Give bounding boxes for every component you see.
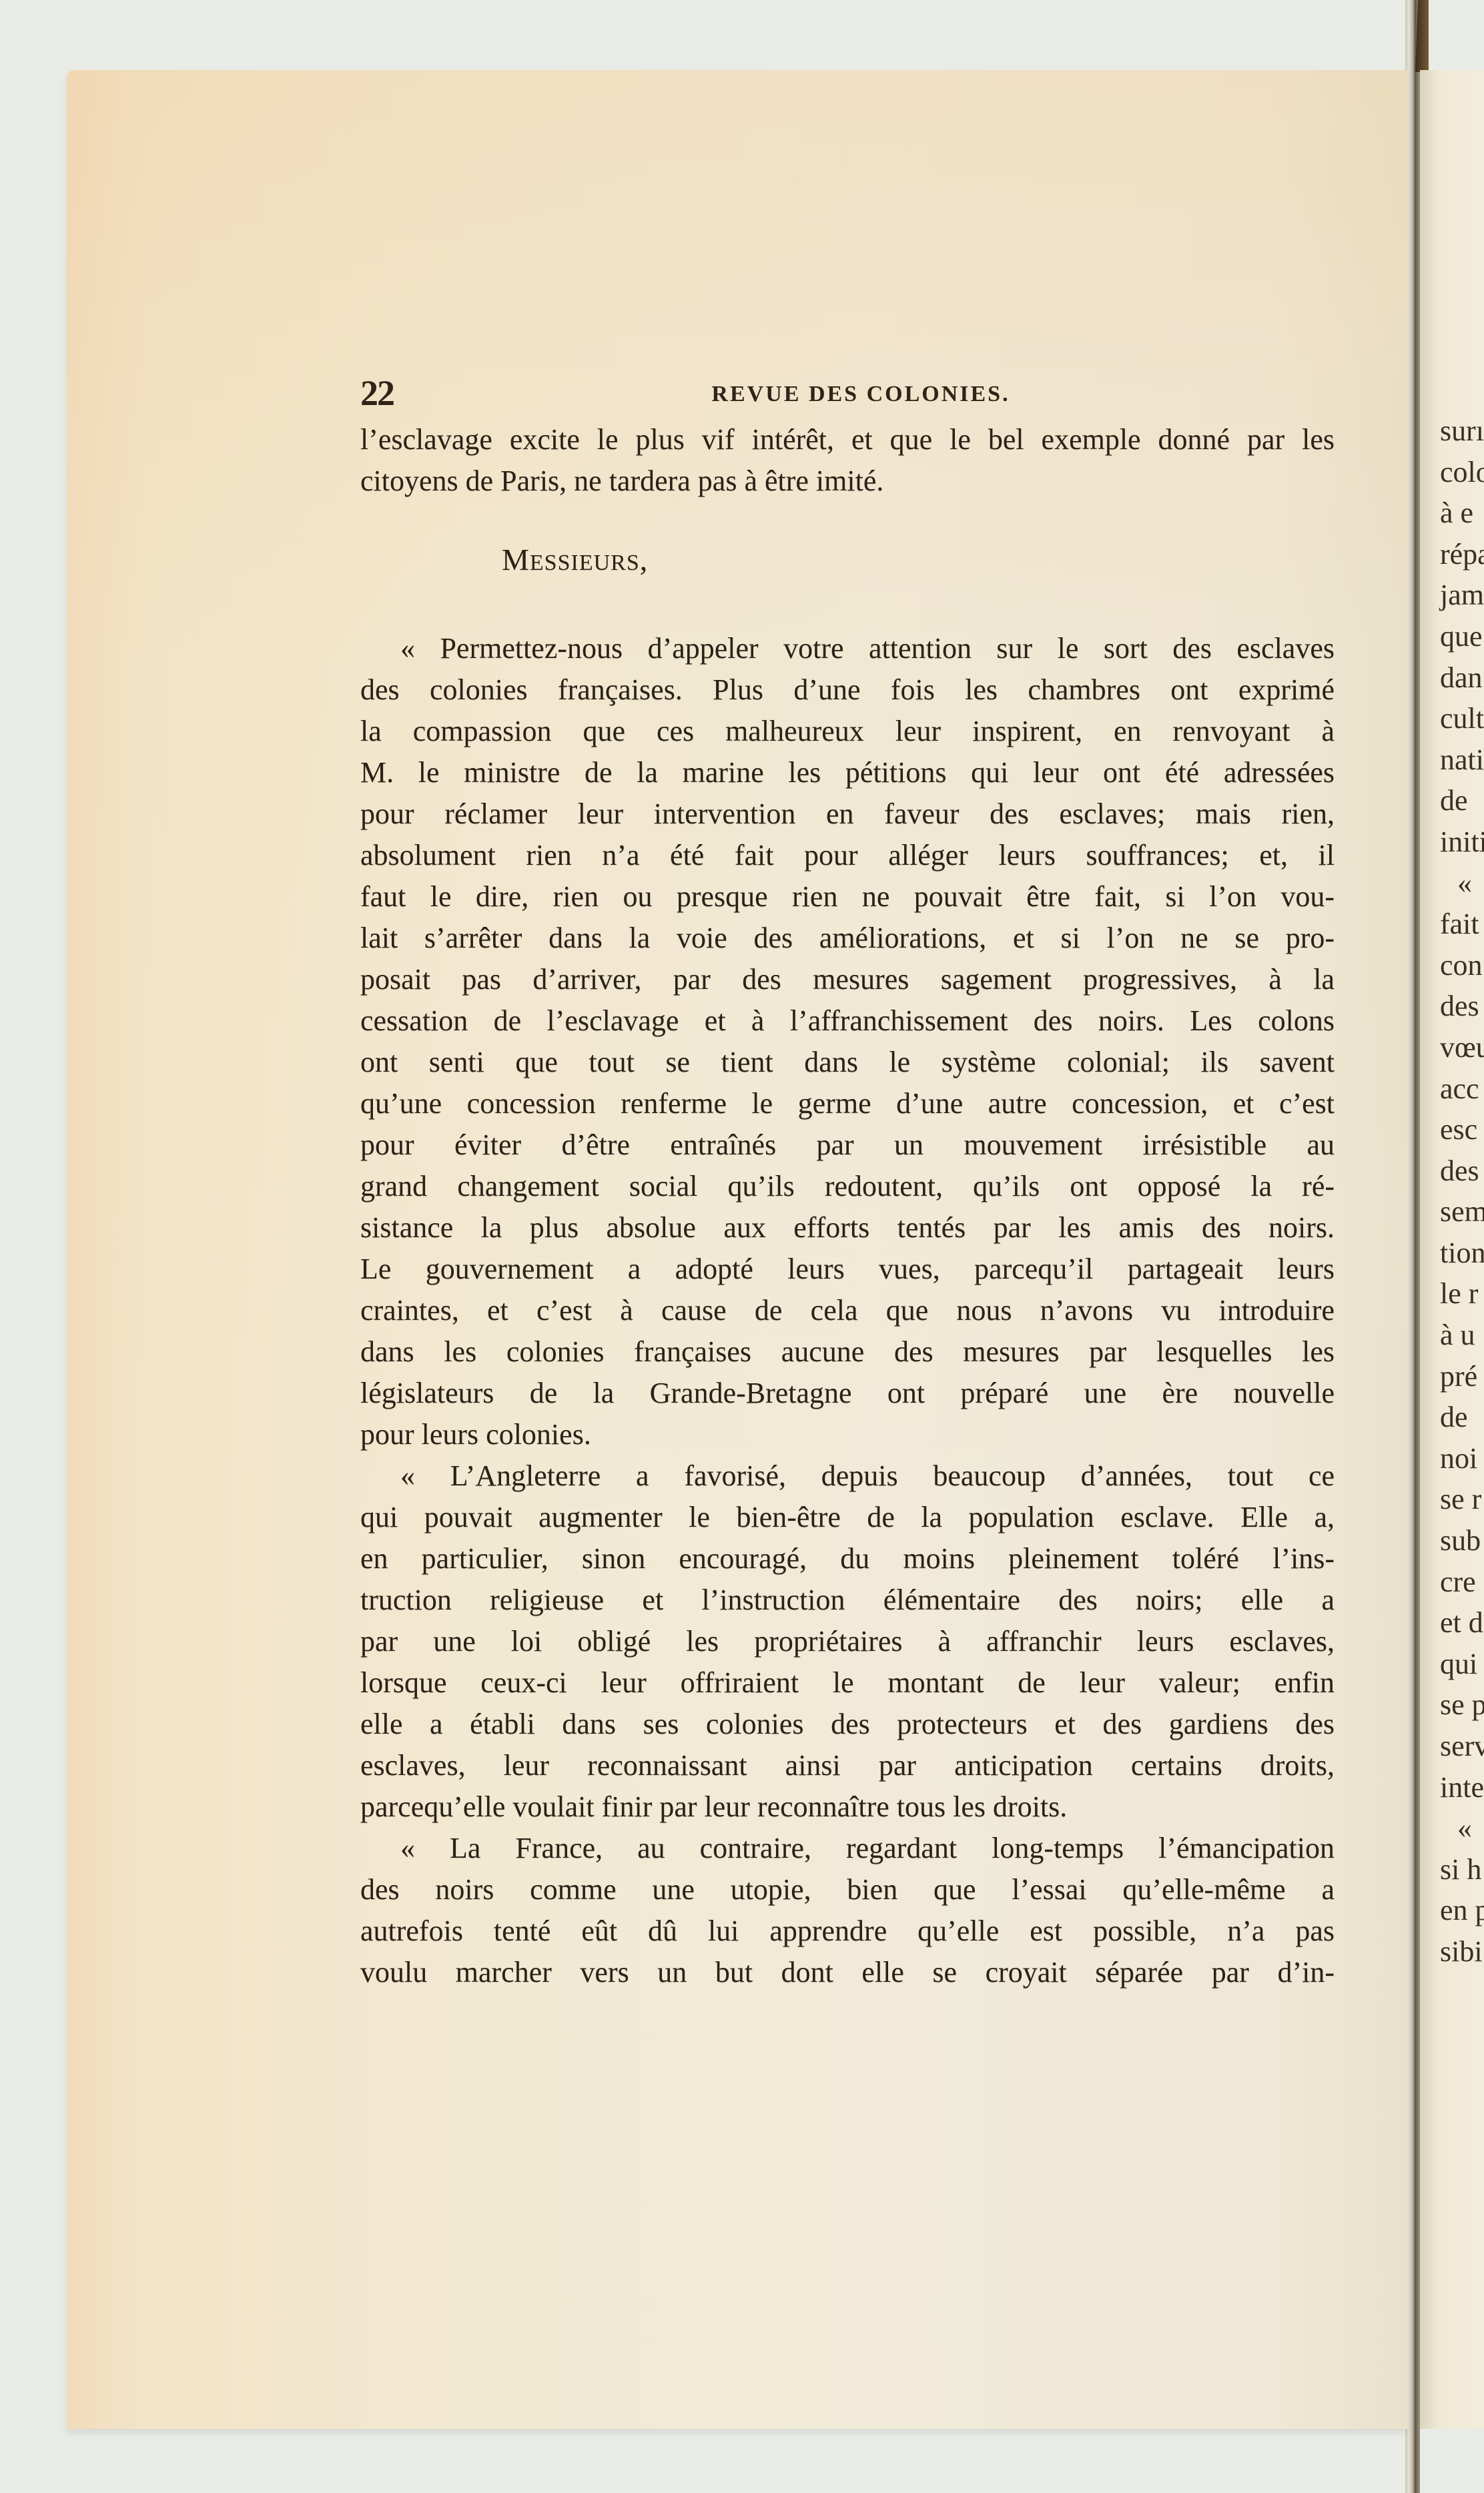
fragment-line: sem [1440, 1191, 1484, 1232]
fragment-line: « [1440, 863, 1484, 904]
text-line: posait pas d’arriver, par des mesures sa… [360, 959, 1335, 1000]
paragraph-1: « Permettez-nous d’appeler votre attenti… [360, 628, 1335, 1455]
fragment-line: noi [1440, 1438, 1484, 1479]
text-line: qui pouvait augmenter le bien-être de la… [360, 1497, 1335, 1538]
text-line: des colonies françaises. Plus d’une fois… [360, 669, 1335, 711]
text-line: des noirs comme une utopie, bien que l’e… [360, 1869, 1335, 1910]
text-line: citoyens de Paris, ne tardera pas à être… [360, 460, 1335, 502]
text-line: lorsque ceux-ci leur offriraient le mont… [360, 1662, 1335, 1704]
fragment-line: à e [1440, 492, 1484, 534]
fragment-line: con [1440, 945, 1484, 986]
text-line: Le gouvernement a adopté leurs vues, par… [360, 1249, 1335, 1290]
text-line: sistance la plus absolue aux efforts ten… [360, 1207, 1335, 1249]
text-line: cessation de l’esclavage et à l’affranch… [360, 1000, 1335, 1042]
fragment-line: se r [1440, 1479, 1484, 1520]
fragment-line: de [1440, 780, 1484, 821]
text-line: parcequ’elle voulait finir par leur reco… [360, 1786, 1335, 1828]
fragment-line: répa [1440, 534, 1484, 575]
salutation-punct: , [640, 543, 649, 577]
text-line: « Permettez-nous d’appeler votre attenti… [360, 628, 1335, 669]
text-line: législateurs de la Grande-Bretagne ont p… [360, 1373, 1335, 1414]
adjacent-page: surı colo à e répa jam que dan cult nati… [1420, 70, 1484, 2429]
fragment-line: « [1440, 1808, 1484, 1849]
text-line: faut le dire, rien ou presque rien ne po… [360, 876, 1335, 918]
text-line: dans les colonies françaises aucune des … [360, 1331, 1335, 1373]
fragment-line: le r [1440, 1273, 1484, 1315]
text-line: ont senti que tout se tient dans le syst… [360, 1042, 1335, 1083]
fragment-line: jam [1440, 575, 1484, 616]
salutation-smallcaps: ESSIEURS [530, 551, 640, 575]
fragment-line: acc [1440, 1068, 1484, 1110]
fragment-line: si h [1440, 1849, 1484, 1890]
text-line: pour leurs colonies. [360, 1414, 1335, 1455]
text-line: esclaves, leur reconnaissant ainsi par a… [360, 1745, 1335, 1786]
fragment-line: vœu [1440, 1027, 1484, 1068]
fragment-line: esc [1440, 1109, 1484, 1150]
paragraph-3: « La France, au contraire, regardant lon… [360, 1828, 1335, 1993]
fragment-line: cult [1440, 698, 1484, 739]
fragment-line: serv [1440, 1726, 1484, 1767]
text-line: grand changement social qu’ils redoutent… [360, 1166, 1335, 1207]
text-line: pour réclamer leur intervention en faveu… [360, 793, 1335, 835]
fragment-line: inte [1440, 1767, 1484, 1808]
journal-title: REVUE DES COLONIES. [360, 382, 1335, 407]
fragment-line: en p [1440, 1890, 1484, 1931]
text-line: truction religieuse et l’instruction élé… [360, 1579, 1335, 1621]
fragment-line: et d [1440, 1602, 1484, 1644]
fragment-line: se p [1440, 1684, 1484, 1726]
text-line: la compassion que ces malheureux leur in… [360, 711, 1335, 752]
text-line: par une loi obligé les propriétaires à a… [360, 1621, 1335, 1662]
fragment-line: pré [1440, 1356, 1484, 1397]
text-line: autrefois tenté eût dû lui apprendre qu’… [360, 1910, 1335, 1952]
text-line: lait s’arrêter dans la voie des améliora… [360, 918, 1335, 959]
fragment-line: que [1440, 616, 1484, 657]
running-head: 22 REVUE DES COLONIES. [360, 372, 1335, 412]
body-text: l’esclavage excite le plus vif intérêt, … [360, 419, 1335, 1993]
fragment-line: tion [1440, 1232, 1484, 1274]
text-line: craintes, et c’est à cause de cela que n… [360, 1290, 1335, 1331]
book-spine-shadow [1415, 0, 1420, 2493]
fragment-line: à u [1440, 1315, 1484, 1356]
salutation: MESSIEURS, [360, 539, 1335, 584]
fragment-line: de [1440, 1397, 1484, 1438]
text-line: « La France, au contraire, regardant lon… [360, 1828, 1335, 1869]
fragment-line: nati [1440, 739, 1484, 781]
fragment-line: dan [1440, 657, 1484, 699]
fragment-line: surı [1440, 410, 1484, 452]
salutation-initial: M [502, 543, 530, 577]
fragment-line: cre [1440, 1561, 1484, 1603]
fragment-line: sub [1440, 1520, 1484, 1561]
fragment-line: qui [1440, 1644, 1484, 1685]
text-line: qu’une concession renferme le germe d’un… [360, 1083, 1335, 1124]
fragment-line: des [1440, 1150, 1484, 1192]
fragment-line: initi [1440, 821, 1484, 863]
paragraph-2: « L’Angleterre a favorisé, depuis beauco… [360, 1455, 1335, 1828]
text-line: l’esclavage excite le plus vif intérêt, … [360, 419, 1335, 460]
text-line: en particulier, sinon encouragé, du moin… [360, 1538, 1335, 1579]
text-line: voulu marcher vers un but dont elle se c… [360, 1952, 1335, 1993]
fragment-line: fait [1440, 904, 1484, 945]
text-line: absolument rien n’a été fait pour allége… [360, 835, 1335, 876]
fragment-line: colo [1440, 452, 1484, 493]
adjacent-page-text: surı colo à e répa jam que dan cult nati… [1440, 410, 1484, 1973]
text-line: elle a établi dans ses colonies des prot… [360, 1704, 1335, 1745]
intro-paragraph: l’esclavage excite le plus vif intérêt, … [360, 419, 1335, 502]
fragment-line: des [1440, 986, 1484, 1027]
text-line: pour éviter d’être entraînés par un mouv… [360, 1124, 1335, 1166]
text-line: M. le ministre de la marine les pétition… [360, 752, 1335, 793]
fragment-line: sibi [1440, 1931, 1484, 1973]
text-line: « L’Angleterre a favorisé, depuis beauco… [360, 1455, 1335, 1497]
